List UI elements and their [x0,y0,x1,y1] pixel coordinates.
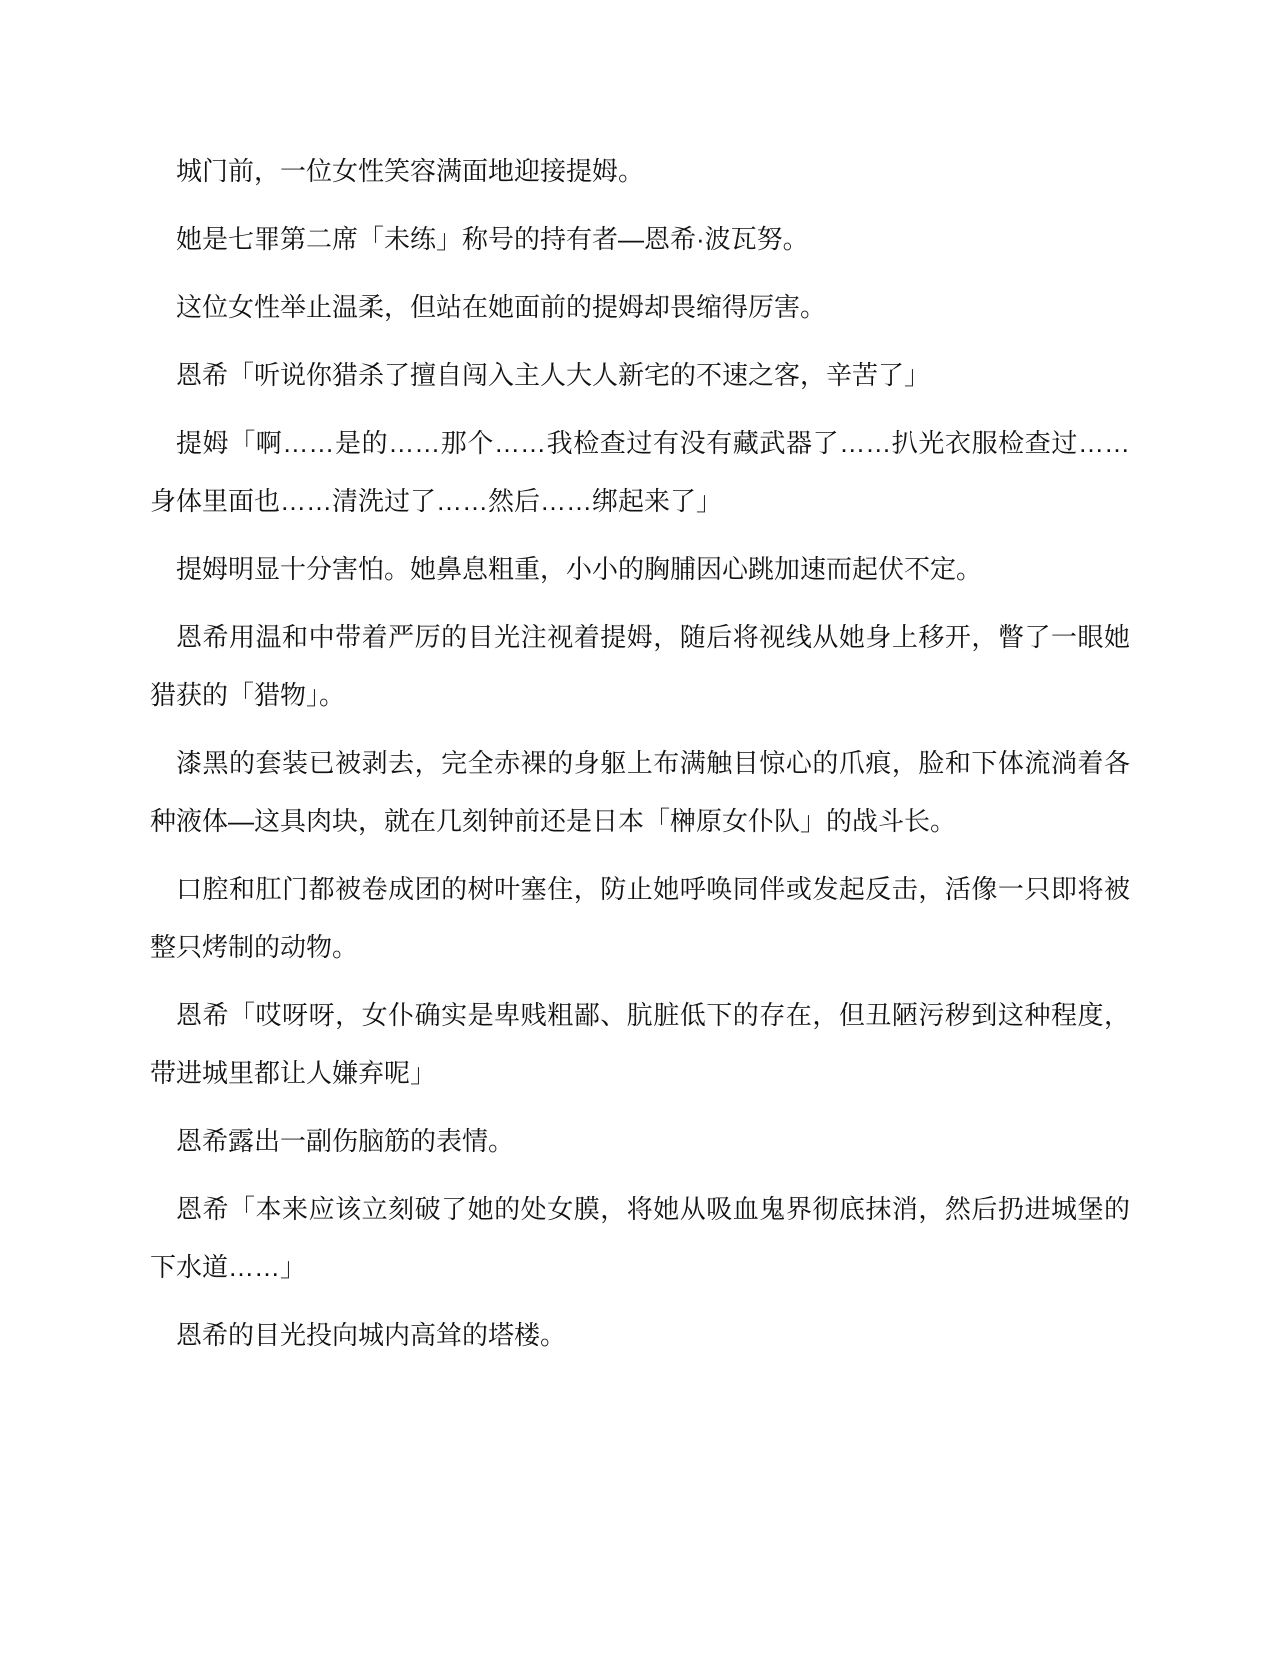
paragraph-4: 恩希「听说你猎杀了擅自闯入主人大人新宅的不速之客，辛苦了」 [150,346,1130,404]
paragraph-5: 提姆「啊……是的……那个……我检查过有没有藏武器了……扒光衣服检查过……身体里面… [150,414,1130,530]
paragraph-9: 口腔和肛门都被卷成团的树叶塞住，防止她呼唤同伴或发起反击，活像一只即将被整只烤制… [150,860,1130,976]
paragraph-1: 城门前，一位女性笑容满面地迎接提姆。 [150,142,1130,200]
paragraph-11: 恩希露出一副伤脑筋的表情。 [150,1112,1130,1170]
paragraph-8: 漆黑的套装已被剥去，完全赤裸的身躯上布满触目惊心的爪痕，脸和下体流淌着各种液体—… [150,734,1130,850]
paragraph-12: 恩希「本来应该立刻破了她的处女膜，将她从吸血鬼界彻底抹消，然后扔进城堡的下水道…… [150,1180,1130,1296]
paragraph-2: 她是七罪第二席「未练」称号的持有者—恩希·波瓦努。 [150,210,1130,268]
paragraph-10: 恩希「哎呀呀，女仆确实是卑贱粗鄙、肮脏低下的存在，但丑陋污秽到这种程度，带进城里… [150,986,1130,1102]
paragraph-6: 提姆明显十分害怕。她鼻息粗重，小小的胸脯因心跳加速而起伏不定。 [150,540,1130,598]
paragraph-7: 恩希用温和中带着严厉的目光注视着提姆，随后将视线从她身上移开，瞥了一眼她猎获的「… [150,608,1130,724]
paragraph-13: 恩希的目光投向城内高耸的塔楼。 [150,1306,1130,1364]
novel-page: 城门前，一位女性笑容满面地迎接提姆。 她是七罪第二席「未练」称号的持有者—恩希·… [0,0,1280,1656]
paragraph-3: 这位女性举止温柔，但站在她面前的提姆却畏缩得厉害。 [150,278,1130,336]
